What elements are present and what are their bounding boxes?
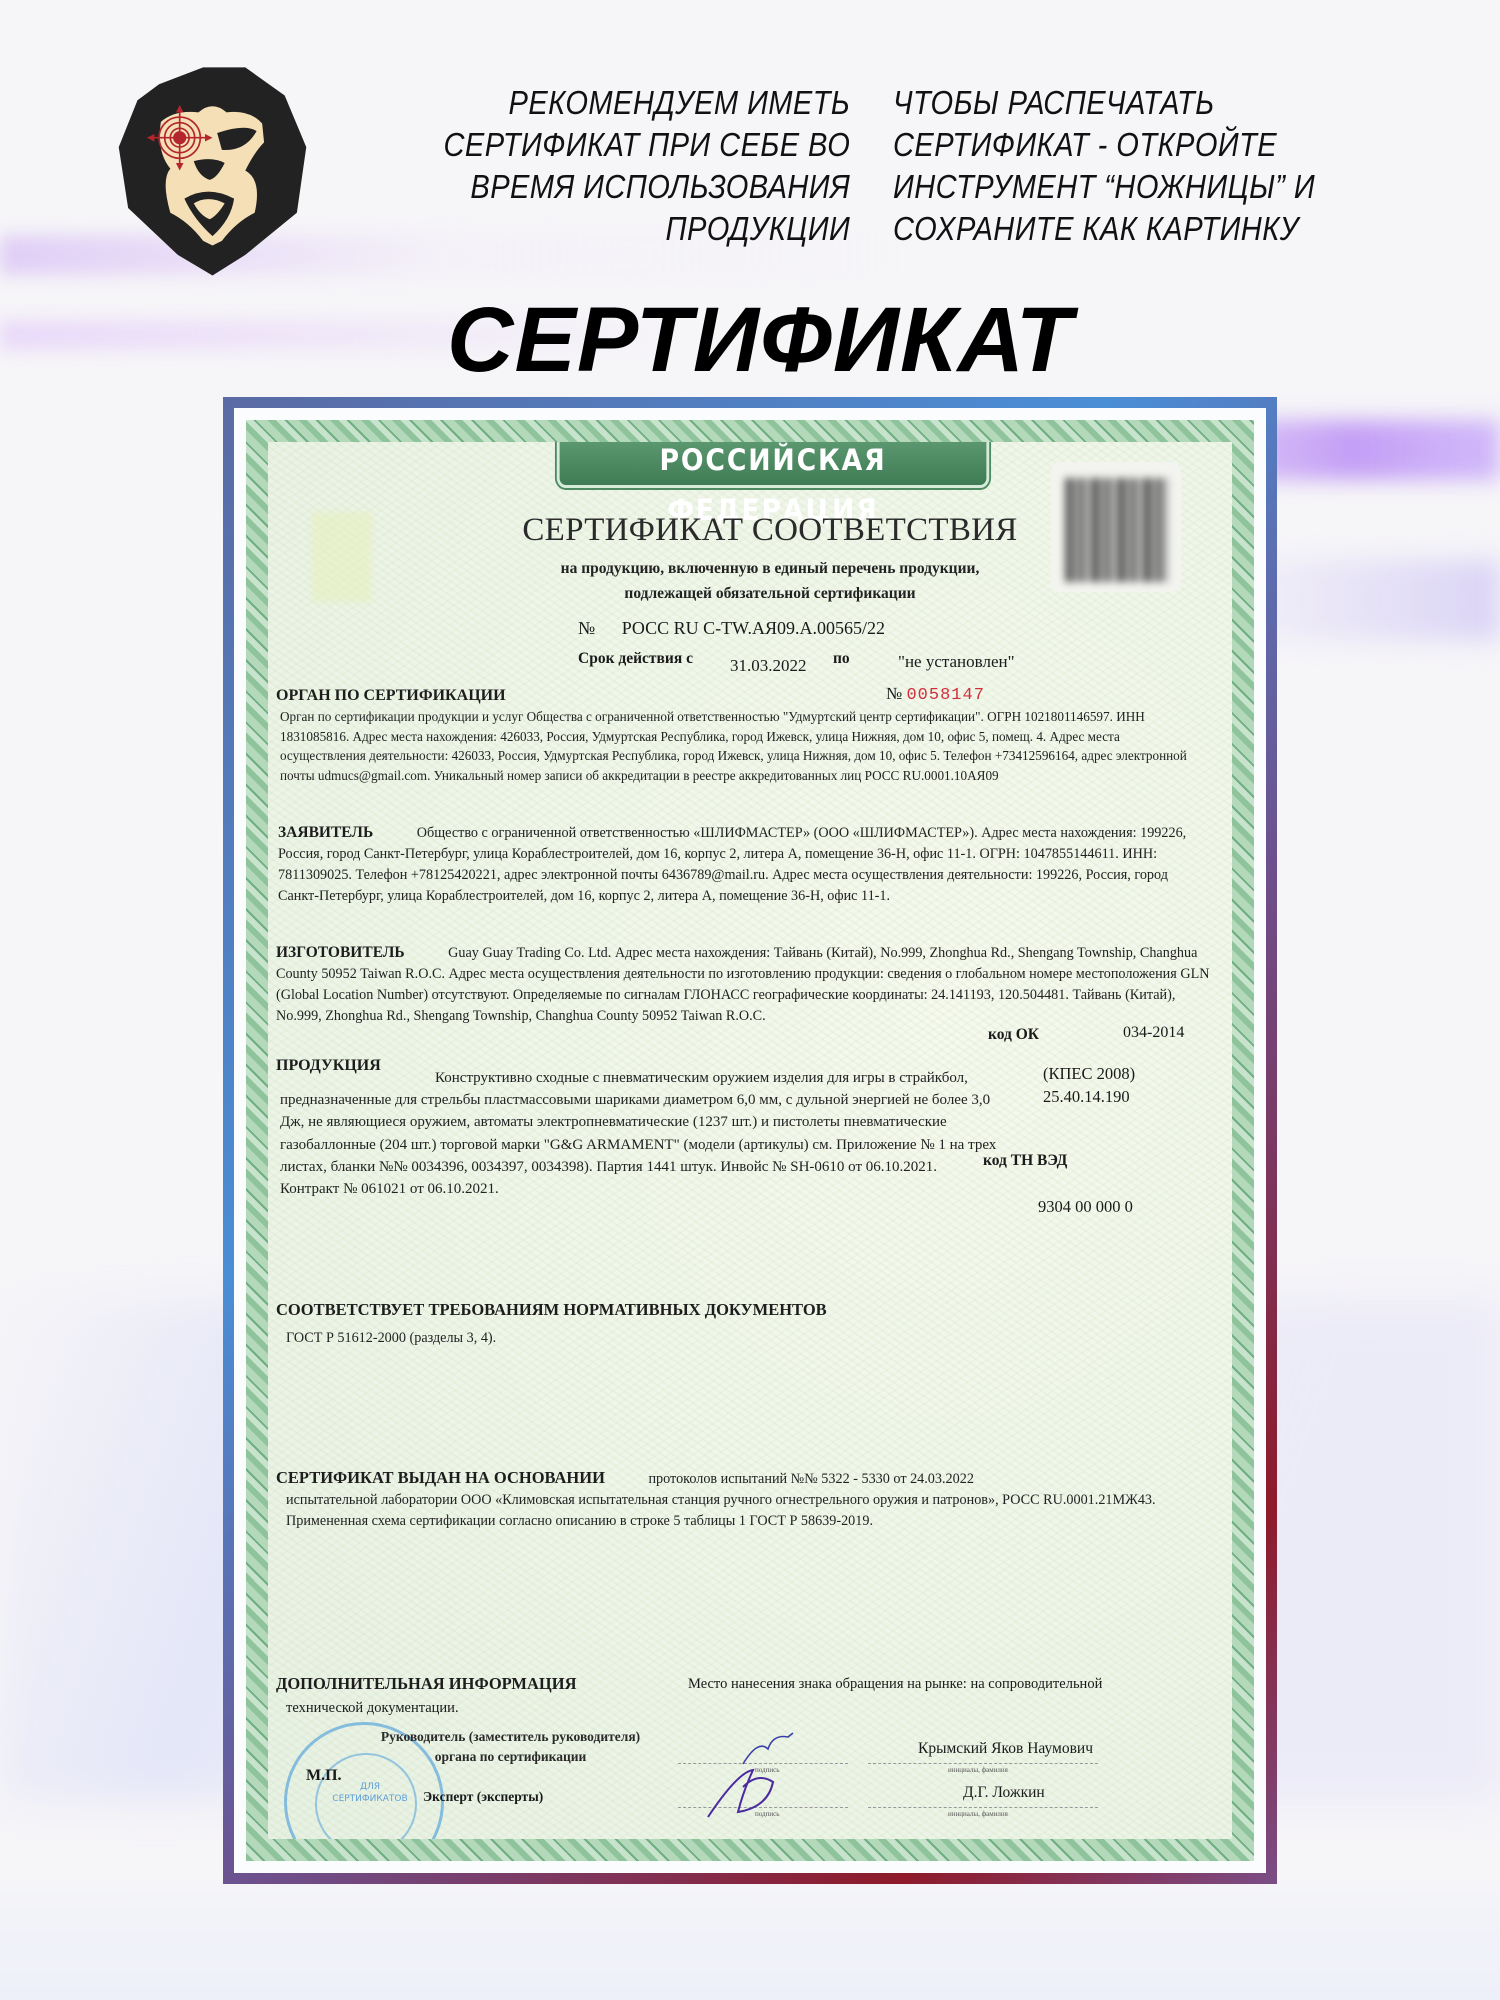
signature-expert-icon: [698, 1762, 788, 1822]
note-line: РЕКОМЕНДУЕМ ИМЕТЬ: [443, 82, 850, 124]
number-sign: №: [578, 618, 595, 638]
certificate-title: СЕРТИФИКАТ СООТВЕТСТВИЯ: [268, 512, 1232, 549]
note-line: СОХРАНИТЕ КАК КАРТИНКУ: [893, 208, 1315, 250]
head-name: Крымский Яков Наумович: [918, 1740, 1093, 1758]
head-label-line: органа по сертификации: [363, 1747, 658, 1767]
kpes-label: (КПЕС 2008): [1043, 1064, 1135, 1084]
note-keep-certificate: РЕКОМЕНДУЕМ ИМЕТЬ СЕРТИФИКАТ ПРИ СЕБЕ ВО…: [443, 82, 850, 250]
section-text: Конструктивно сходные с пневматическим о…: [280, 1070, 849, 1086]
section-heading: ЗАЯВИТЕЛЬ: [278, 824, 373, 841]
certificate-number-value: РОСС RU C-TW.АЯ09.А.00565/22: [622, 618, 885, 638]
blank-number-value: 0058147: [906, 686, 984, 705]
valid-to-value: "не установлен": [898, 652, 1015, 672]
ribbon-russian-federation: РОССИЙСКАЯ ФЕДЕРАЦИЯ: [557, 432, 989, 488]
tnved-label: код ТН ВЭД: [983, 1152, 1067, 1170]
name-line: [868, 1763, 1098, 1764]
note-line: ПРОДУКЦИИ: [443, 208, 850, 250]
head-label-line: Руководитель (заместитель руководителя): [363, 1727, 658, 1747]
section-heading: ИЗГОТОВИТЕЛЬ: [276, 944, 405, 961]
certificate-mat: РОССИЙСКАЯ ФЕДЕРАЦИЯ СЕРТИФИКАТ СООТВЕТС…: [234, 408, 1266, 1873]
head-signature-label: Руководитель (заместитель руководителя) …: [363, 1727, 658, 1767]
section-heading: ОРГАН ПО СЕРТИФИКАЦИИ: [276, 687, 506, 705]
certificate-subtitle: на продукцию, включенную в единый перече…: [268, 560, 1232, 578]
expert-name: Д.Г. Ложкин: [963, 1784, 1045, 1802]
note-line: СЕРТИФИКАТ - ОТКРОЙТЕ: [893, 124, 1315, 166]
section-text: технической документации.: [286, 1700, 459, 1717]
kod-ok-label: код ОК: [988, 1026, 1039, 1044]
note-line: ЧТОБЫ РАСПЕЧАТАТЬ: [893, 82, 1315, 124]
page-title: СЕРТИФИКАТ: [0, 290, 1500, 390]
blank-number: № 0058147: [886, 684, 985, 705]
section-heading: ДОПОЛНИТЕЛЬНАЯ ИНФОРМАЦИЯ: [276, 1674, 577, 1694]
note-line: ИНСТРУМЕНТ “НОЖНИЦЫ” И: [893, 166, 1315, 208]
section-text: Guay Guay Trading Co. Ltd. Адрес места н…: [276, 945, 1210, 1024]
number-sign: №: [886, 684, 902, 703]
certificate-frame: РОССИЙСКАЯ ФЕДЕРАЦИЯ СЕРТИФИКАТ СООТВЕТС…: [223, 397, 1277, 1884]
note-line: СЕРТИФИКАТ ПРИ СЕБЕ ВО: [443, 124, 850, 166]
seal-place-label: М.П.: [306, 1767, 342, 1785]
valid-from-date: 31.03.2022: [730, 656, 807, 676]
certificate-subtitle: подлежащей обязательной сертификации: [268, 585, 1232, 603]
note-print-instructions: ЧТОБЫ РАСПЕЧАТАТЬ СЕРТИФИКАТ - ОТКРОЙТЕ …: [893, 82, 1315, 250]
section-text: игры в страйкбол, предназначенные для ст…: [280, 1070, 996, 1197]
background-decoration: [0, 1880, 1500, 2000]
section-text: ГОСТ Р 51612-2000 (разделы 3, 4).: [286, 1328, 496, 1349]
certificate-document: РОССИЙСКАЯ ФЕДЕРАЦИЯ СЕРТИФИКАТ СООТВЕТС…: [246, 420, 1254, 1861]
caption-name: инициалы, фамилия: [948, 1810, 1008, 1818]
signatures-block: М.П. Руководитель (заместитель руководит…: [268, 1727, 1232, 1861]
section-text: Место нанесения знака обращения на рынке…: [688, 1676, 1102, 1693]
tnved-value: 9304 00 000 0: [1038, 1197, 1133, 1217]
expert-label: Эксперт (эксперты): [423, 1789, 543, 1805]
section-text: Орган по сертификации продукции и услуг …: [280, 707, 1200, 785]
name-line: [868, 1807, 1098, 1808]
kpes-value: 25.40.14.190: [1043, 1087, 1130, 1107]
note-line: ВРЕМЯ ИСПОЛЬЗОВАНИЯ: [443, 166, 850, 208]
valid-to-label: по: [833, 650, 850, 668]
certificate-number: № РОСС RU C-TW.АЯ09.А.00565/22: [578, 618, 885, 639]
section-text: протоколов испытаний №№ 5322 - 5330 от 2…: [648, 1471, 973, 1487]
caption-name: инициалы, фамилия: [948, 1766, 1008, 1774]
lion-target-logo-icon: [100, 58, 325, 283]
section-text: испытательной лаборатории ООО «Климовска…: [276, 1490, 1206, 1532]
kod-ok-value: 034-2014: [1123, 1024, 1184, 1042]
section-heading: СООТВЕТСТВУЕТ ТРЕБОВАНИЯМ НОРМАТИВНЫХ ДО…: [276, 1300, 827, 1320]
section-heading: СЕРТИФИКАТ ВЫДАН НА ОСНОВАНИИ: [276, 1468, 605, 1487]
section-text: Общество с ограниченной ответственностью…: [278, 825, 1186, 904]
